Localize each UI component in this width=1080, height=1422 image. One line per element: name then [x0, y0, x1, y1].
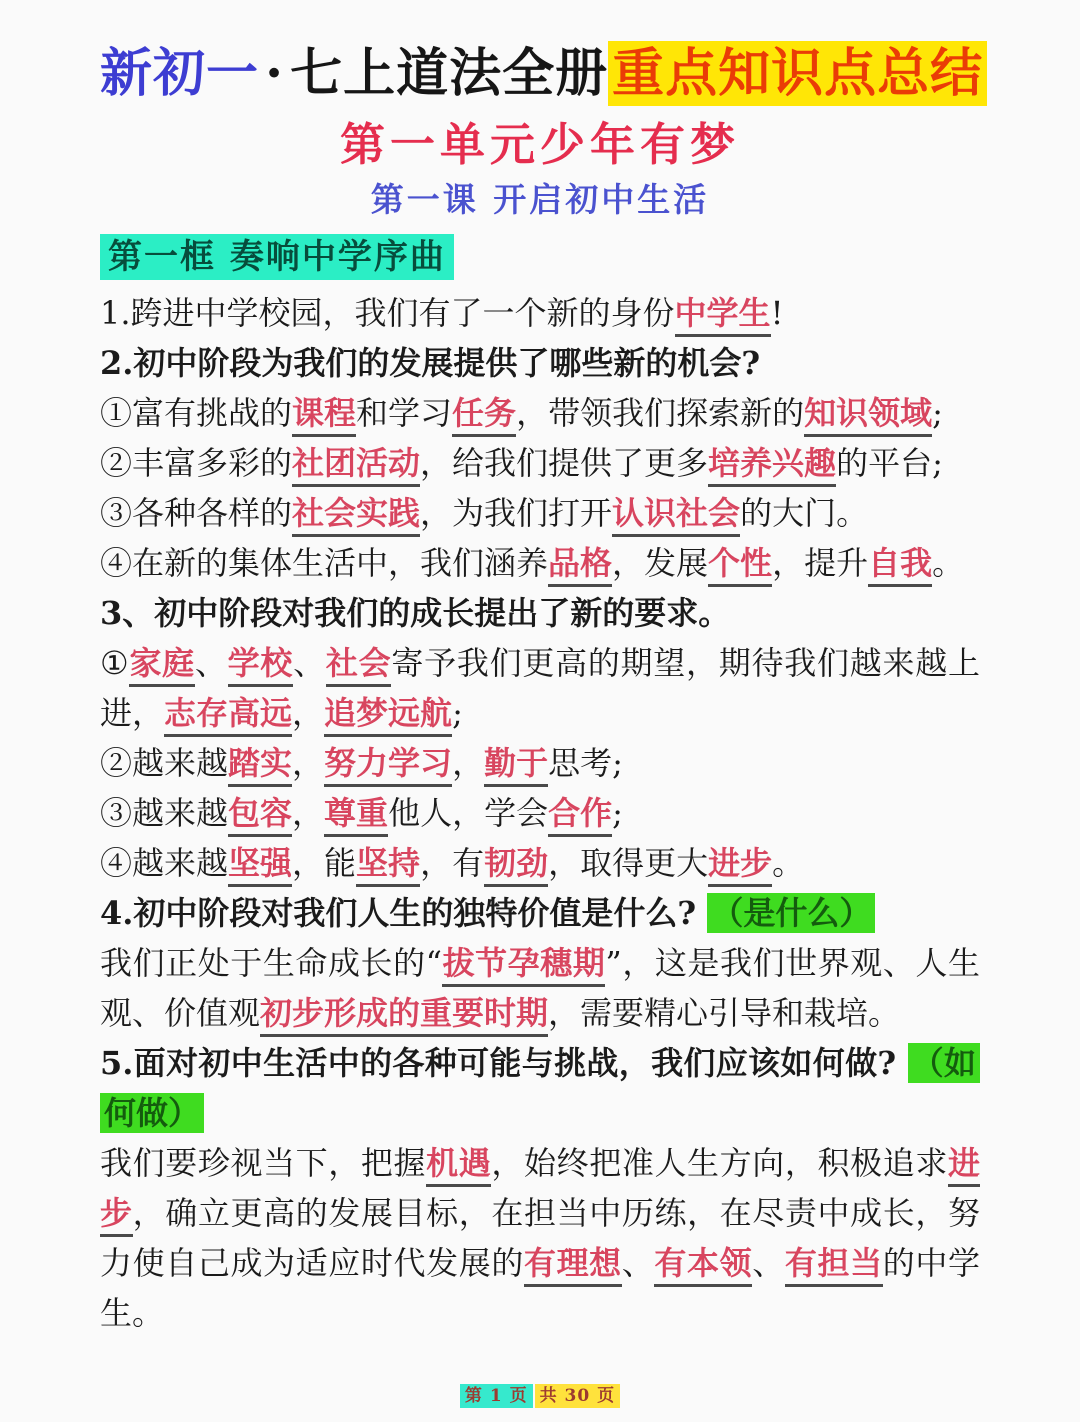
keyword-underlined: 坚强	[228, 844, 292, 887]
text-run: ，提升	[772, 544, 868, 582]
text-run: 的平台;	[836, 444, 943, 482]
text-run: ④在新的集体生活中，我们涵养	[100, 544, 548, 582]
text-run: ，	[452, 744, 484, 782]
paragraph: ②越来越踏实，努力学习，勤于思考;	[100, 738, 980, 788]
text-run: 5.面对初中生活中的各种可能与挑战，我们应该如何做?	[100, 1044, 908, 1082]
text-run: ，带领我们探索新的	[516, 394, 804, 432]
text-run: ;	[932, 394, 943, 432]
title-separator: ·	[259, 43, 290, 104]
text-run: 。	[772, 844, 804, 882]
text-run: 我们要珍视当下，把握	[100, 1144, 426, 1182]
text-run: ，始终把准人生方向，积极追求	[491, 1144, 948, 1182]
keyword-underlined: 社会实践	[292, 494, 420, 537]
keyword-underlined: 任务	[452, 394, 516, 437]
text-run: ，为我们打开	[420, 494, 612, 532]
keyword-underlined: 勤于	[484, 744, 548, 787]
text-run: 、	[195, 644, 228, 682]
keyword-underlined: 培养兴趣	[708, 444, 836, 487]
title-highlight: 重点知识点总结	[608, 41, 987, 106]
text-run: 、	[293, 644, 326, 682]
text-run: ，有	[420, 844, 484, 882]
paragraph: ③越来越包容，尊重他人，学会合作;	[100, 788, 980, 838]
text-run: 和学习	[356, 394, 452, 432]
paragraph: 我们正处于生命成长的“拔节孕穗期”，这是我们世界观、人生观、价值观初步形成的重要…	[100, 938, 980, 1038]
text-run: ，	[292, 744, 324, 782]
footer-page-number: 第 1 页	[460, 1384, 533, 1408]
text-run: 他人，学会	[388, 794, 548, 832]
keyword-underlined: 志存高远	[164, 694, 292, 737]
footer-total-pages: 共 30 页	[535, 1384, 621, 1408]
text-run: 2.初中阶段为我们的发展提供了哪些新的机会?	[100, 344, 760, 382]
text-run: 、	[752, 1244, 785, 1282]
paragraph: 5.面对初中生活中的各种可能与挑战，我们应该如何做? （如何做）	[100, 1038, 980, 1138]
keyword-underlined: 有担当	[785, 1244, 883, 1287]
text-run: 4.初中阶段对我们人生的独特价值是什么?	[100, 894, 707, 932]
paragraph: ①富有挑战的课程和学习任务，带领我们探索新的知识领域;	[100, 388, 980, 438]
keyword-underlined: 社会	[326, 644, 391, 687]
paragraph: ③各种各样的社会实践，为我们打开认识社会的大门。	[100, 488, 980, 538]
keyword-underlined: 努力学习	[324, 744, 452, 787]
text-run: ③越来越	[100, 794, 228, 832]
text-run: ，	[292, 794, 324, 832]
keyword-underlined: 韧劲	[484, 844, 548, 887]
text-run: ③各种各样的	[100, 494, 292, 532]
text-run: 。	[932, 544, 964, 582]
keyword-underlined: 机遇	[426, 1144, 491, 1187]
keyword-underlined: 家庭	[129, 644, 194, 687]
text-run: 的大门。	[740, 494, 868, 532]
text-run: ;	[452, 694, 463, 732]
paragraph: 4.初中阶段对我们人生的独特价值是什么? （是什么）	[100, 888, 980, 938]
title-part-blue: 新初一	[100, 43, 259, 104]
text-run: ，能	[292, 844, 356, 882]
page-footer: 第 1 页共 30 页	[0, 1384, 1080, 1408]
text-run: ②丰富多彩的	[100, 444, 292, 482]
document-page: 新初一·七上道法全册重点知识点总结 第一单元少年有梦 第一课 开启初中生活 第一…	[0, 0, 1080, 1422]
paragraph: 3、初中阶段对我们的成长提出了新的要求。	[100, 588, 980, 638]
text-run: 3、初中阶段对我们的成长提出了新的要求。	[100, 594, 730, 632]
keyword-underlined: 追梦远航	[324, 694, 452, 737]
paragraph: ②丰富多彩的社团活动，给我们提供了更多培养兴趣的平台;	[100, 438, 980, 488]
text-run: 、	[622, 1244, 655, 1282]
text-run: ①	[100, 644, 129, 682]
text-run: ②越来越	[100, 744, 228, 782]
text-run: ，给我们提供了更多	[420, 444, 708, 482]
keyword-underlined: 合作	[548, 794, 612, 837]
text-run: !	[771, 294, 784, 332]
paragraph: ④在新的集体生活中，我们涵养品格，发展个性，提升自我。	[100, 538, 980, 588]
keyword-underlined: 有本领	[654, 1244, 752, 1287]
keyword-underlined: 课程	[292, 394, 356, 437]
paragraph: ①家庭、学校、社会寄予我们更高的期望，期待我们越来越上进，志存高远，追梦远航;	[100, 638, 980, 738]
keyword-underlined: 学校	[228, 644, 293, 687]
keyword-underlined: 中学生	[675, 294, 771, 337]
paragraph: 我们要珍视当下，把握机遇，始终把准人生方向，积极追求进步，确立更高的发展目标，在…	[100, 1138, 980, 1338]
text-run: ，取得更大	[548, 844, 708, 882]
text-run: ，发展	[612, 544, 708, 582]
keyword-underlined: 拔节孕穗期	[442, 944, 605, 987]
keyword-underlined: 个性	[708, 544, 772, 587]
text-run: ①富有挑战的	[100, 394, 292, 432]
keyword-underlined: 认识社会	[612, 494, 740, 537]
content-paragraphs: 1.跨进中学校园，我们有了一个新的身份中学生!2.初中阶段为我们的发展提供了哪些…	[100, 288, 980, 1338]
keyword-underlined: 自我	[868, 544, 932, 587]
section-header: 第一框 奏响中学序曲	[100, 234, 454, 280]
paragraph: 1.跨进中学校园，我们有了一个新的身份中学生!	[100, 288, 980, 338]
keyword-underlined: 包容	[228, 794, 292, 837]
keyword-underlined: 初步形成的重要时期	[260, 994, 548, 1037]
title-part-black: 七上道法全册	[290, 43, 608, 104]
keyword-underlined: 品格	[548, 544, 612, 587]
keyword-underlined: 有理想	[524, 1244, 622, 1287]
green-highlight-label: （是什么）	[707, 893, 875, 933]
keyword-underlined: 知识领域	[804, 394, 932, 437]
document-title: 新初一·七上道法全册重点知识点总结	[100, 40, 980, 108]
unit-title: 第一单元少年有梦	[100, 114, 980, 176]
text-run: 我们正处于生命成长的“	[100, 944, 442, 982]
text-run: 思考;	[548, 744, 623, 782]
text-run: ，	[292, 694, 324, 732]
paragraph: ④越来越坚强，能坚持，有韧劲，取得更大进步。	[100, 838, 980, 888]
text-run: 1.跨进中学校园，我们有了一个新的身份	[100, 294, 675, 332]
paragraph: 2.初中阶段为我们的发展提供了哪些新的机会?	[100, 338, 980, 388]
text-run: ;	[612, 794, 623, 832]
text-run: ④越来越	[100, 844, 228, 882]
keyword-underlined: 进步	[708, 844, 772, 887]
keyword-underlined: 尊重	[324, 794, 388, 837]
keyword-underlined: 社团活动	[292, 444, 420, 487]
lesson-title: 第一课 开启初中生活	[100, 178, 980, 222]
text-run: ，需要精心引导和栽培。	[548, 994, 900, 1032]
keyword-underlined: 踏实	[228, 744, 292, 787]
keyword-underlined: 坚持	[356, 844, 420, 887]
